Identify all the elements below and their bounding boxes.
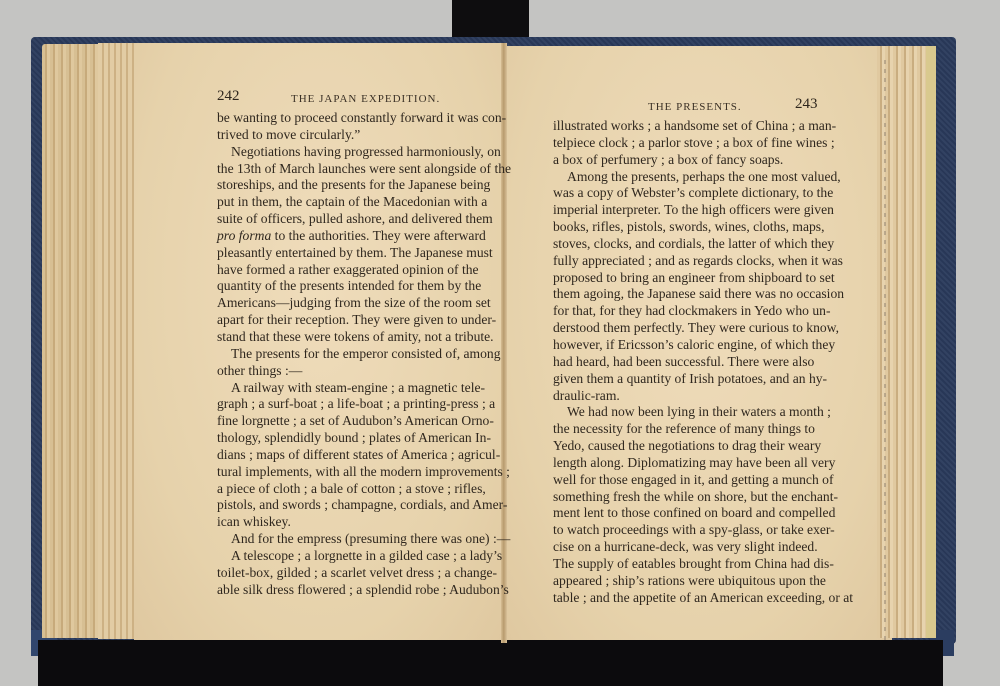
- text-line: cise on a hurricane-deck, was very sligh…: [553, 539, 811, 556]
- text-line: toilet-box, gilded ; a scarlet velvet dr…: [217, 565, 475, 582]
- text-line: however, if Ericsson’s caloric engine, o…: [553, 337, 811, 354]
- text-line: suite of officers, pulled ashore, and de…: [217, 211, 475, 228]
- text-line: put in them, the captain of the Macedoni…: [217, 194, 475, 211]
- left-page-text: be wanting to proceed constantly forward…: [217, 110, 475, 598]
- text-line: storeships, and the presents for the Jap…: [217, 177, 475, 194]
- text-line: Americans—judging from the size of the r…: [217, 295, 475, 312]
- text-line: stand that these were tokens of amity, n…: [217, 329, 475, 346]
- text-line: given them a quantity of Irish potatoes,…: [553, 371, 811, 388]
- text-line: a box of perfumery ; a box of fancy soap…: [553, 152, 811, 169]
- text-line: proposed to bring an engineer from shipb…: [553, 270, 811, 287]
- text-line: imperial interpreter. To the high office…: [553, 202, 811, 219]
- text-line: dians ; maps of different states of Amer…: [217, 447, 475, 464]
- text-line: stoves, clocks, and cordials, the latter…: [553, 236, 811, 253]
- text-line: the 13th of March launches were sent alo…: [217, 161, 475, 178]
- text-line: have formed a rather exaggerated opinion…: [217, 262, 475, 279]
- text-line: pleasantly entertained by them. The Japa…: [217, 245, 475, 262]
- text-line: And for the empress (presuming there was…: [217, 531, 475, 548]
- page-number-right: 243: [795, 96, 818, 113]
- text-line: length along. Diplomatizing may have bee…: [553, 455, 811, 472]
- text-line: A telescope ; a lorgnette in a gilded ca…: [217, 548, 475, 565]
- text-line: fine lorgnette ; a set of Audubon’s Amer…: [217, 413, 475, 430]
- right-page-text: illustrated works ; a handsome set of Ch…: [553, 118, 811, 606]
- page-edges-right-gilt: [926, 46, 936, 638]
- text-line: telpiece clock ; a parlor stove ; a box …: [553, 135, 811, 152]
- text-line: ican whiskey.: [217, 514, 475, 531]
- text-line: The supply of eatables brought from Chin…: [553, 556, 811, 573]
- text-line: table ; and the appetite of an American …: [553, 590, 811, 607]
- text-line: to watch proceedings with a spy-glass, o…: [553, 522, 811, 539]
- text-line: Negotiations having progressed harmoniou…: [217, 144, 475, 161]
- text-line: thology, splendidly bound ; plates of Am…: [217, 430, 475, 447]
- text-line: Among the presents, perhaps the one most…: [553, 169, 811, 186]
- text-line: the necessity for the reference of many …: [553, 421, 811, 438]
- text-line: tural implements, with all the modern im…: [217, 464, 475, 481]
- text-line: fully appreciated ; and as regards clock…: [553, 253, 811, 270]
- text-line: other things :—: [217, 363, 475, 380]
- text-line: quantity of the presents intended for th…: [217, 278, 475, 295]
- running-head-right: THE PRESENTS.: [648, 101, 742, 113]
- page-number-left: 242: [217, 88, 240, 105]
- running-head-left: THE JAPAN EXPEDITION.: [291, 93, 440, 105]
- text-line: Yedo, caused the negotiations to drag th…: [553, 438, 811, 455]
- text-line: pro forma to the authorities. They were …: [217, 228, 475, 245]
- text-line: draulic-ram.: [553, 388, 811, 405]
- text-line: graph ; a surf-boat ; a life-boat ; a pr…: [217, 396, 475, 413]
- text-line: We had now been lying in their waters a …: [553, 404, 811, 421]
- text-line: them agoing, the Japanese said there was…: [553, 286, 811, 303]
- text-line: The presents for the emperor consisted o…: [217, 346, 475, 363]
- text-line: illustrated works ; a handsome set of Ch…: [553, 118, 811, 135]
- text-line: well for those engaged in it, and gettin…: [553, 472, 811, 489]
- text-line: books, rifles, pistols, swords, wines, c…: [553, 219, 811, 236]
- text-line: ment lent to those confined on board and…: [553, 505, 811, 522]
- background-shadow-bottom: [38, 640, 943, 686]
- text-line: appeared ; ship’s rations were ubiquitou…: [553, 573, 811, 590]
- text-line: able silk dress flowered ; a splendid ro…: [217, 582, 475, 599]
- text-line: apart for their reception. They were giv…: [217, 312, 475, 329]
- deckle-edge: [884, 60, 886, 640]
- text-line: pistols, and swords ; champagne, cordial…: [217, 497, 475, 514]
- text-line: for that, for they had clockmakers in Ye…: [553, 303, 811, 320]
- text-line: something fresh the while on shore, but …: [553, 489, 811, 506]
- text-line: trived to move circularly.”: [217, 127, 475, 144]
- page-edges-left-inner: [98, 43, 134, 639]
- text-line: A railway with steam-engine ; a magnetic…: [217, 380, 475, 397]
- text-line: be wanting to proceed constantly forward…: [217, 110, 475, 127]
- text-line: was a copy of Webster’s complete diction…: [553, 185, 811, 202]
- text-line: derstood them perfectly. They were curio…: [553, 320, 811, 337]
- text-line: a piece of cloth ; a bale of cotton ; a …: [217, 481, 475, 498]
- text-line: had heard, had been successful. There we…: [553, 354, 811, 371]
